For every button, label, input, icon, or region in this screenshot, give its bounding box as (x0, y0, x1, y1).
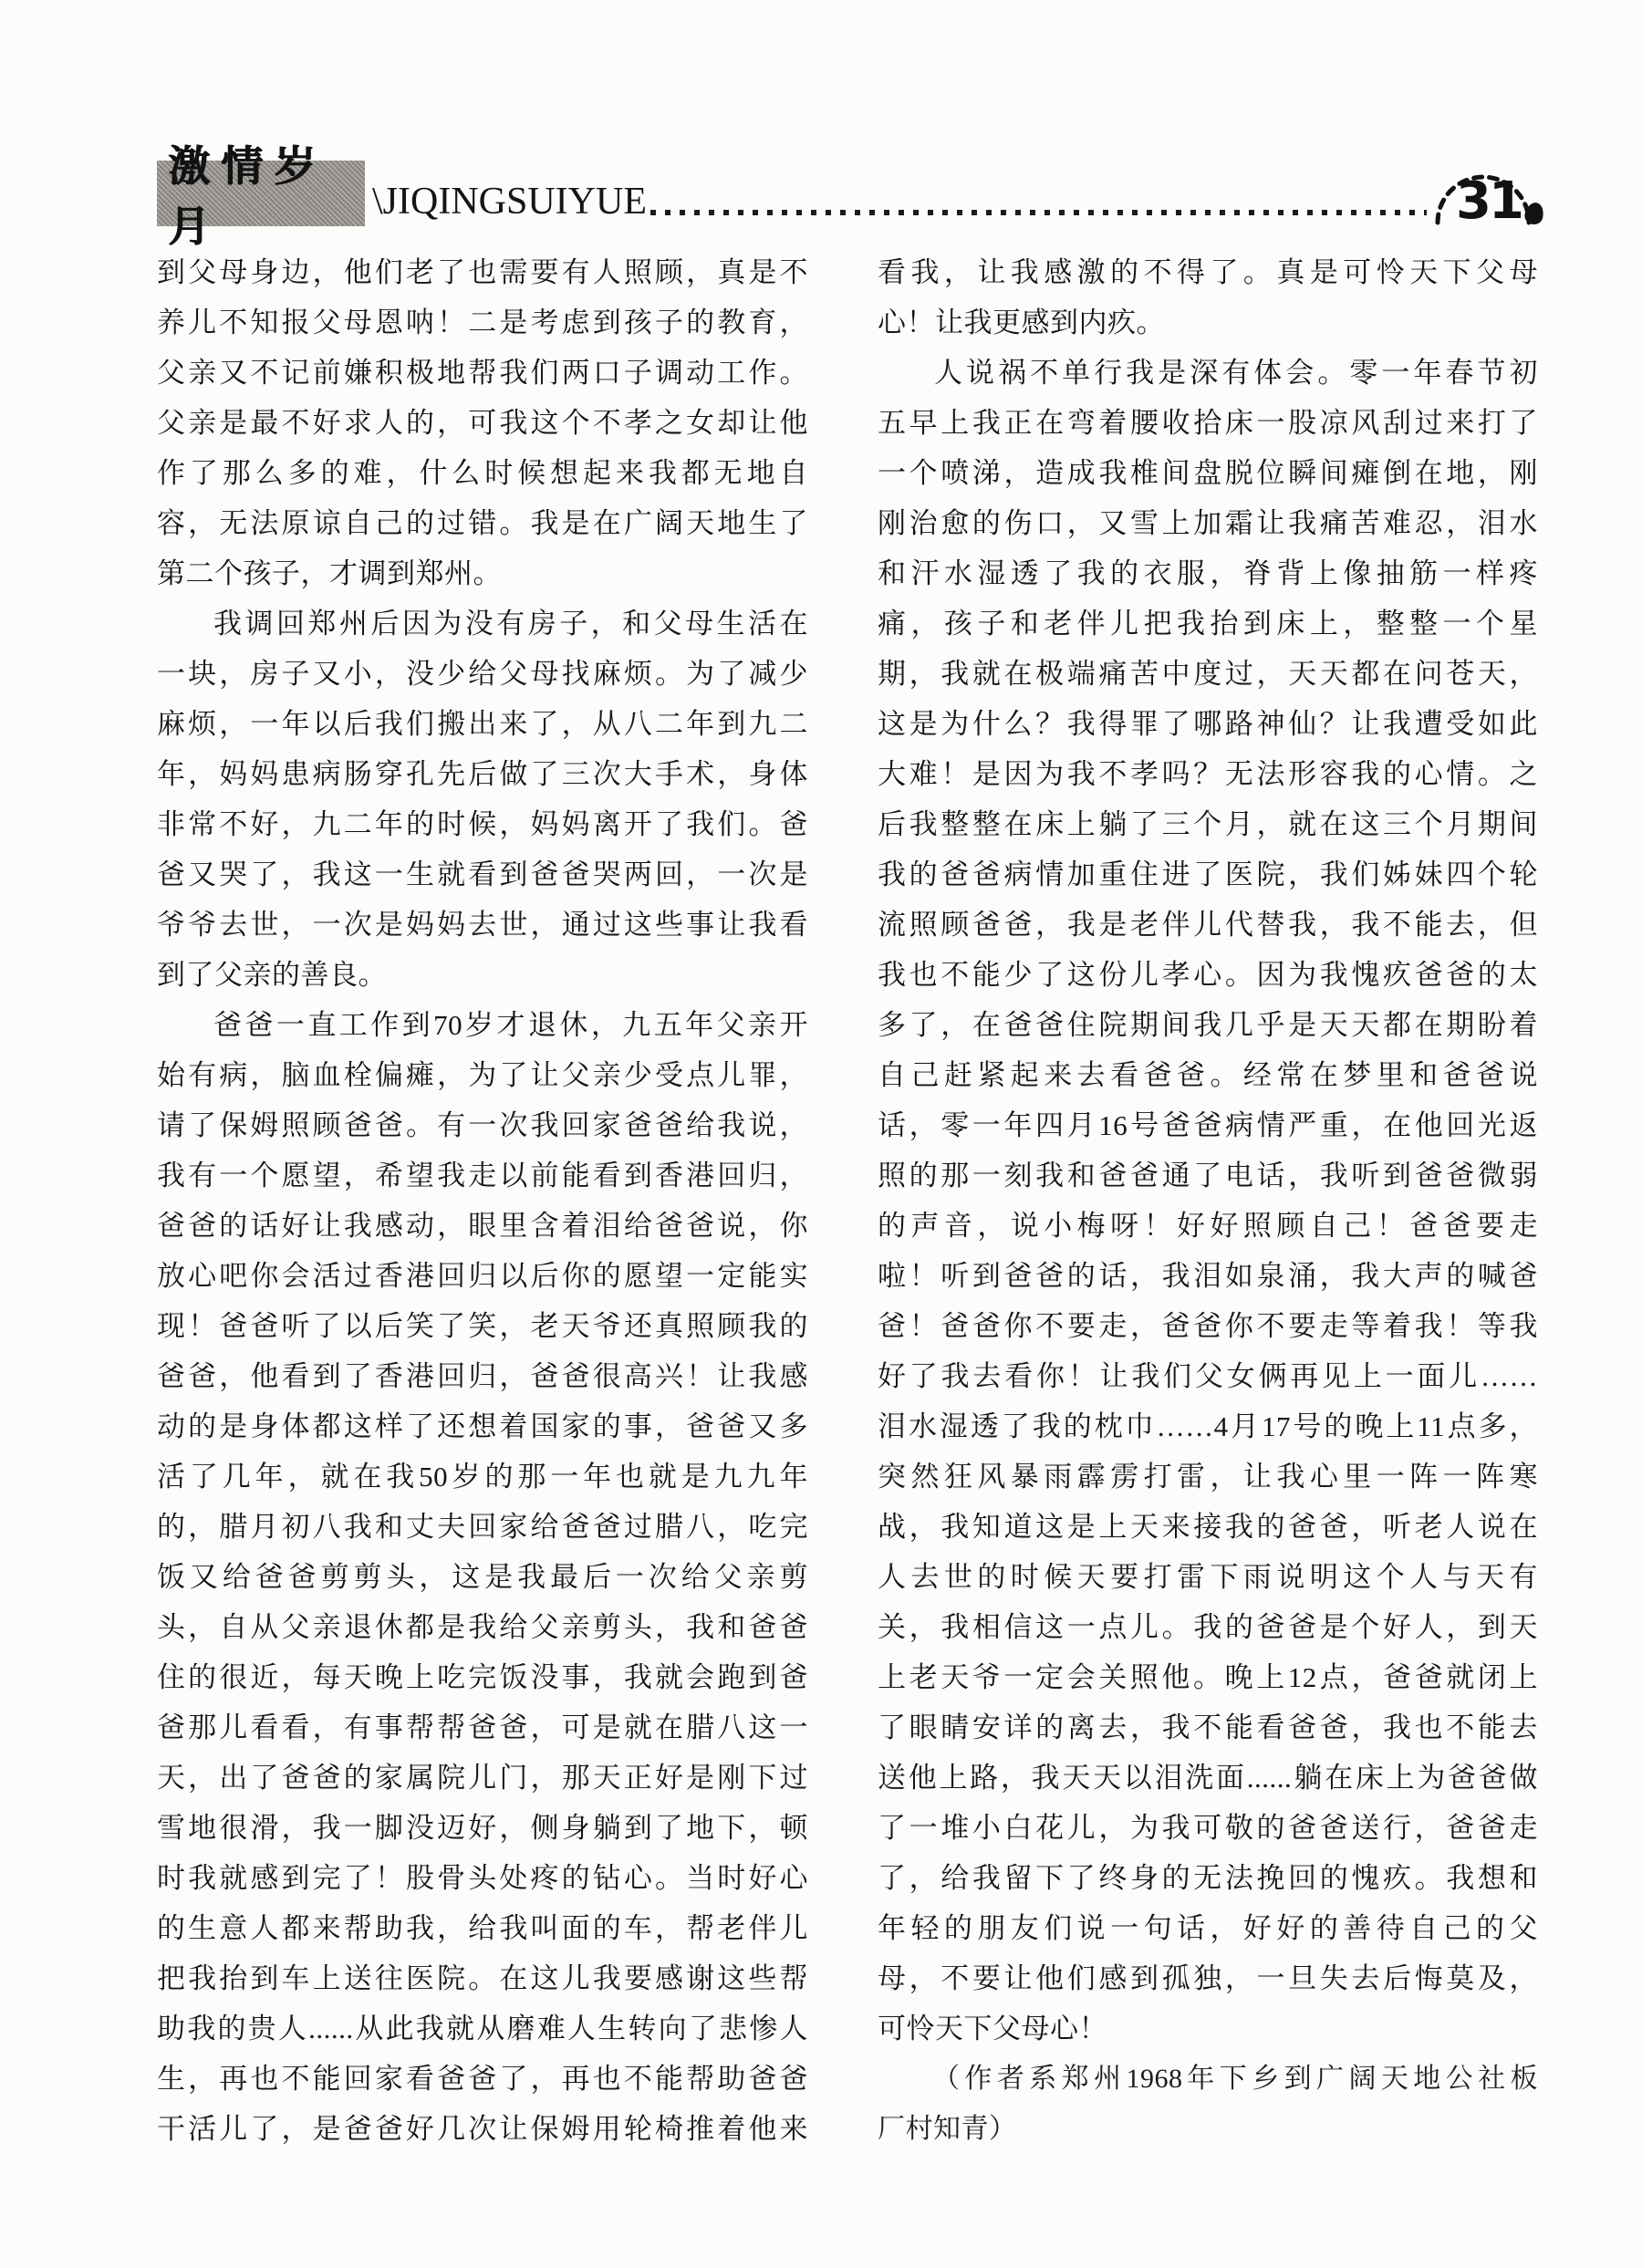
text-line: 一块，房子又小，没少给父母找麻烦。为了减少 (157, 649, 808, 699)
text-line: 我调回郑州后因为没有房子，和父母生活在 (157, 598, 808, 649)
text-line: 爸爸一直工作到70岁才退休，九五年父亲开 (157, 1000, 808, 1050)
text-line: 啦！听到爸爸的话，我泪如泉涌，我大声的喊爸 (878, 1251, 1538, 1301)
text-line: 始有病，脑血栓偏瘫，为了让父亲少受点儿罪， (157, 1050, 808, 1100)
text-line: 突然狂风暴雨霹雳打雷，让我心里一阵一阵寒 (878, 1451, 1538, 1502)
magazine-page: 激情岁月 \JIQINGSUIYUE 31 到父母身边，他们老了也需要有人照顾，… (0, 0, 1642, 2268)
text-line: 干活儿了，是爸爸好几次让保姆用轮椅推着他来 (157, 2104, 808, 2154)
dotted-leader-line (650, 210, 1427, 215)
text-line: 头，自从父亲退休都是我给父亲剪头，我和爸爸 (157, 1602, 808, 1652)
text-line: 刚治愈的伤口，又雪上加霜让我痛苦难忍，泪水 (878, 498, 1538, 548)
text-line: 上老天爷一定会关照他。晚上12点，爸爸就闭上 (878, 1652, 1538, 1702)
text-line: 和汗水湿透了我的衣服，脊背上像抽筋一样疼 (878, 548, 1538, 598)
text-line: 爸爸的话好让我感动，眼里含着泪给爸爸说，你 (157, 1201, 808, 1251)
text-line: 生，再也不能回家看爸爸了，再也不能帮助爸爸 (157, 2054, 808, 2104)
text-line: 人去世的时候天要打雷下雨说明这个人与天有 (878, 1552, 1538, 1602)
text-line: 助我的贵人......从此我就从磨难人生转向了悲惨人 (157, 2003, 808, 2054)
text-line: 麻烦，一年以后我们搬出来了，从八二年到九二 (157, 699, 808, 749)
text-line: 话，零一年四月16号爸爸病情严重，在他回光返 (878, 1100, 1538, 1150)
text-line: 爸！爸爸你不要走，爸爸你不要走等着我！等我 (878, 1301, 1538, 1351)
text-line: 五早上我正在弯着腰收拾床一股凉风刮过来打了 (878, 398, 1538, 448)
left-column: 到父母身边，他们老了也需要有人照顾，真是不养儿不知报父母恩呐！二是考虑到孩子的教… (157, 247, 808, 2154)
text-line: 到父母身边，他们老了也需要有人照顾，真是不 (157, 247, 808, 297)
text-line: 好了我去看你！让我们父女俩再见上一面儿…… (878, 1351, 1538, 1401)
text-line: 作了那么多的难，什么时候想起来我都无地自 (157, 448, 808, 498)
text-line: 厂村知青） (878, 2104, 1538, 2154)
text-line: 爸那儿看看，有事帮帮爸爸，可是就在腊八这一 (157, 1702, 808, 1753)
text-line: 到了父亲的善良。 (157, 950, 808, 1000)
text-line: 第二个孩子，才调到郑州。 (157, 548, 808, 598)
masthead-title: 激情岁月 (157, 133, 365, 254)
text-line: 请了保姆照顾爸爸。有一次我回家爸爸给我说， (157, 1100, 808, 1150)
text-line: 容，无法原谅自己的过错。我是在广阔天地生了 (157, 498, 808, 548)
text-line: 时我就感到完了！股骨头处疼的钻心。当时好心 (157, 1853, 808, 1903)
text-line: 流照顾爸爸，我是老伴儿代替我，我不能去，但 (878, 900, 1538, 950)
text-line: 住的很近，每天晚上吃完饭没事，我就会跑到爸 (157, 1652, 808, 1702)
text-line: 送他上路，我天天以泪洗面......躺在床上为爸爸做 (878, 1753, 1538, 1803)
text-line: 爸又哭了，我这一生就看到爸爸哭两回，一次是 (157, 849, 808, 900)
text-line: 了一堆小白花儿，为我可敬的爸爸送行，爸爸走 (878, 1803, 1538, 1853)
text-line: 爸爸，他看到了香港回归，爸爸很高兴！让我感 (157, 1351, 808, 1401)
text-line: 心！让我更感到内疚。 (878, 297, 1538, 348)
text-line: 多了，在爸爸住院期间我几乎是天天都在期盼着 (878, 1000, 1538, 1050)
text-line: 这是为什么？我得罪了哪路神仙？让我遭受如此 (878, 699, 1538, 749)
text-line: 父亲又不记前嫌积极地帮我们两口子调动工作。 (157, 348, 808, 398)
article-body: 到父母身边，他们老了也需要有人照顾，真是不养儿不知报父母恩呐！二是考虑到孩子的教… (157, 247, 1538, 2154)
text-line: 的，腊月初八我和丈夫回家给爸爸过腊八，吃完 (157, 1502, 808, 1552)
text-line: 人说祸不单行我是深有体会。零一年春节初 (878, 348, 1538, 398)
text-line: 大难！是因为我不孝吗？无法形容我的心情。之 (878, 749, 1538, 799)
text-line: 动的是身体都这样了还想着国家的事，爸爸又多 (157, 1401, 808, 1451)
text-line: 活了几年，就在我50岁的那一年也就是九九年 (157, 1451, 808, 1502)
text-line: 天，出了爸爸的家属院儿门，那天正好是刚下过 (157, 1753, 808, 1803)
text-line: 养儿不知报父母恩呐！二是考虑到孩子的教育， (157, 297, 808, 348)
masthead-romanization: \JIQINGSUIYUE (372, 182, 647, 221)
right-column: 看我，让我感激的不得了。真是可怜天下父母心！让我更感到内疚。人说祸不单行我是深有… (878, 247, 1538, 2154)
text-line: 看我，让我感激的不得了。真是可怜天下父母 (878, 247, 1538, 297)
page-number: 31 (1456, 172, 1522, 231)
text-line: 我也不能少了这份儿孝心。因为我愧疚爸爸的太 (878, 950, 1538, 1000)
text-line: 饭又给爸爸剪剪头，这是我最后一次给父亲剪 (157, 1552, 808, 1602)
text-line: 现！爸爸听了以后笑了笑，老天爷还真照顾我的 (157, 1301, 808, 1351)
text-line: 我有一个愿望，希望我走以前能看到香港回归， (157, 1150, 808, 1201)
text-line: 了眼睛安详的离去，我不能看爸爸，我也不能去 (878, 1702, 1538, 1753)
text-line: 自己赶紧起来去看爸爸。经常在梦里和爸爸说 (878, 1050, 1538, 1100)
text-line: 雪地很滑，我一脚没迈好，侧身躺到了地下，顿 (157, 1803, 808, 1853)
text-line: 期，我就在极端痛苦中度过，天天都在问苍天， (878, 649, 1538, 699)
text-line: 关，我相信这一点儿。我的爸爸是个好人，到天 (878, 1602, 1538, 1652)
text-line: （作者系郑州1968年下乡到广阔天地公社板 (878, 2054, 1538, 2104)
text-line: 把我抬到车上送往医院。在这儿我要感谢这些帮 (157, 1953, 808, 2003)
text-line: 爷爷去世，一次是妈妈去世，通过这些事让我看 (157, 900, 808, 950)
masthead-box: 激情岁月 (157, 161, 365, 226)
text-line: 后我整整在床上躺了三个月，就在这三个月期间 (878, 799, 1538, 849)
text-line: 了，给我留下了终身的无法挽回的愧疚。我想和 (878, 1853, 1538, 1903)
text-line: 痛，孩子和老伴儿把我抬到床上，整整一个星 (878, 598, 1538, 649)
text-line: 父亲是最不好求人的，可我这个不孝之女却让他 (157, 398, 808, 448)
text-line: 泪水湿透了我的枕巾……4月17号的晚上11点多， (878, 1401, 1538, 1451)
page-number-badge: 31 (1432, 157, 1540, 226)
text-line: 战，我知道这是上天来接我的爸爸，听老人说在 (878, 1502, 1538, 1552)
text-line: 可怜天下父母心！ (878, 2003, 1538, 2054)
text-line: 的生意人都来帮助我，给我叫面的车，帮老伴儿 (157, 1903, 808, 1953)
text-line: 的声音，说小梅呀！好好照顾自己！爸爸要走 (878, 1201, 1538, 1251)
text-line: 母，不要让他们感到孤独，一旦失去后悔莫及， (878, 1953, 1538, 2003)
text-line: 照的那一刻我和爸爸通了电话，我听到爸爸微弱 (878, 1150, 1538, 1201)
text-line: 一个喷涕，造成我椎间盘脱位瞬间瘫倒在地，刚 (878, 448, 1538, 498)
page-header: 激情岁月 \JIQINGSUIYUE 31 (157, 157, 1540, 226)
text-line: 我的爸爸病情加重住进了医院，我们姊妹四个轮 (878, 849, 1538, 900)
text-line: 年轻的朋友们说一句话，好好的善待自己的父 (878, 1903, 1538, 1953)
text-line: 非常不好，九二年的时候，妈妈离开了我们。爸 (157, 799, 808, 849)
text-line: 放心吧你会活过香港回归以后你的愿望一定能实 (157, 1251, 808, 1301)
text-line: 年，妈妈患病肠穿孔先后做了三次大手术，身体 (157, 749, 808, 799)
